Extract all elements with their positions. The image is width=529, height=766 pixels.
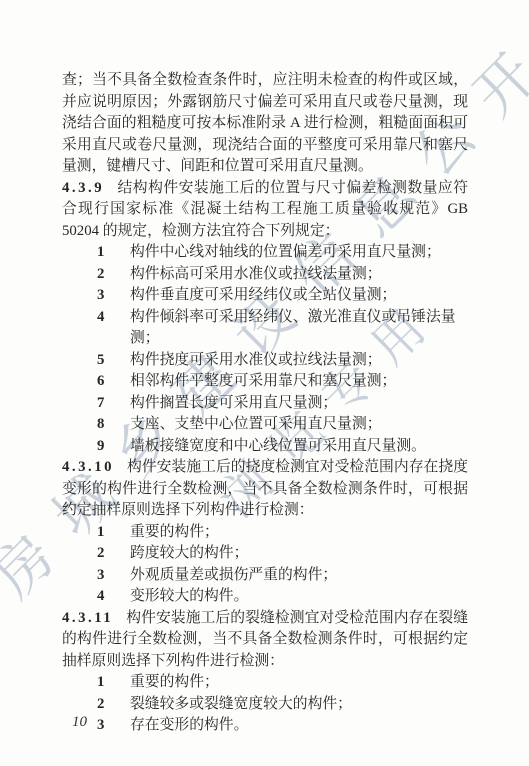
- list-item: 4变形较大的构件。: [62, 586, 468, 608]
- text-run: 重要的构件；: [130, 524, 219, 540]
- list-item: 2裂缝较多或裂缝宽度较大的构件；: [62, 694, 468, 716]
- text-run: 外观质量差或损伤严重的构件；: [130, 567, 337, 583]
- paragraph: 查；当不具备全数检查条件时，应注明未检查的构件或区域，并应说明原因；外露钢筋尺寸…: [62, 70, 468, 178]
- text-run: 跨度较大的构件；: [130, 545, 248, 561]
- document-page: 住房城乡建设信息公开 浏览专用 查；当不具备全数检查条件时，应注明未检查的构件或…: [0, 0, 529, 766]
- list-item: 1重要的构件；: [62, 522, 468, 544]
- text-run: 裂缝较多或裂缝宽度较大的构件；: [130, 696, 352, 712]
- item-number: 4: [97, 586, 104, 608]
- item-number: 9: [97, 436, 104, 458]
- list-item: 2跨度较大的构件；: [62, 543, 468, 565]
- text-run: 构件挠度可采用水准仪或拉线法量测；: [130, 352, 382, 368]
- item-number: 2: [97, 264, 104, 286]
- item-number: 5: [97, 350, 104, 372]
- list-item: 5构件挠度可采用水准仪或拉线法量测；: [62, 350, 468, 372]
- list-item: 2构件标高可采用水准仪或拉线法量测；: [62, 264, 468, 286]
- text-run: 相邻构件平整度可采用靠尺和塞尺量测；: [130, 373, 396, 389]
- item-number: 3: [97, 565, 104, 587]
- list-item: 1重要的构件；: [62, 672, 468, 694]
- item-number: 6: [97, 371, 104, 393]
- item-number: 7: [97, 393, 104, 415]
- list-item: 1构件中心线对轴线的位置偏差可采用直尺量测；: [62, 242, 468, 264]
- clause-paragraph: 4.3.11构件安装施工后的裂缝检测宜对受检范围内存在裂缝的构件进行全数检测，当…: [62, 608, 468, 673]
- list-item: 3外观质量差或损伤严重的构件；: [62, 565, 468, 587]
- text-run: 构件标高可采用水准仪或拉线法量测；: [130, 266, 382, 282]
- list-item: 6相邻构件平整度可采用靠尺和塞尺量测；: [62, 371, 468, 393]
- page-number: 10: [72, 714, 87, 731]
- list-item: 7构件搁置长度可采用直尺量测；: [62, 393, 468, 415]
- document-body: 查；当不具备全数检查条件时，应注明未检查的构件或区域，并应说明原因；外露钢筋尺寸…: [62, 70, 468, 737]
- item-number: 3: [97, 715, 104, 737]
- clause-number: 4.3.11: [62, 610, 113, 626]
- text-run: 构件搁置长度可采用直尺量测；: [130, 395, 337, 411]
- list-item: 4构件倾斜率可采用经纬仪、激光准直仪或吊锤法量测；: [62, 307, 468, 350]
- clause-number: 4.3.9: [62, 180, 104, 196]
- text-run: 构件中心线对轴线的位置偏差可采用直尺量测；: [130, 244, 441, 260]
- text-run: 支座、支垫中心位置可采用直尺量测；: [130, 416, 382, 432]
- item-number: 2: [97, 694, 104, 716]
- item-number: 1: [97, 522, 104, 544]
- text-run: 存在变形的构件。: [130, 717, 248, 733]
- text-run: 墙板接缝宽度和中心线位置可采用直尺量测。: [130, 438, 426, 454]
- clause-number: 4.3.10: [62, 459, 114, 475]
- item-number: 1: [97, 242, 104, 264]
- text-run: 构件倾斜率可采用经纬仪、激光准直仪或吊锤法量测；: [130, 309, 456, 347]
- text-run: 结构构件安装施工后的位置与尺寸偏差检测数量应符合现行国家标准《混凝土结构工程施工…: [62, 180, 468, 239]
- list-item: 9墙板接缝宽度和中心线位置可采用直尺量测。: [62, 436, 468, 458]
- list-item: 8支座、支垫中心位置可采用直尺量测；: [62, 414, 468, 436]
- list-item: 3构件垂直度可采用经纬仪或全站仪量测；: [62, 285, 468, 307]
- item-number: 2: [97, 543, 104, 565]
- text-run: 重要的构件；: [130, 674, 219, 690]
- clause-paragraph: 4.3.10构件安装施工后的挠度检测宜对受检范围内存在挠度变形的构件进行全数检测…: [62, 457, 468, 522]
- item-number: 1: [97, 672, 104, 694]
- text-run: 构件安装施工后的裂缝检测宜对受检范围内存在裂缝的构件进行全数检测，当不具备全数检…: [62, 610, 468, 669]
- text-run: 变形较大的构件。: [130, 588, 248, 604]
- item-number: 3: [97, 285, 104, 307]
- item-number: 8: [97, 414, 104, 436]
- text-run: 构件垂直度可采用经纬仪或全站仪量测；: [130, 287, 396, 303]
- text-run: 查；当不具备全数检查条件时，应注明未检查的构件或区域，并应说明原因；外露钢筋尺寸…: [62, 72, 468, 174]
- item-number: 4: [97, 307, 104, 329]
- clause-paragraph: 4.3.9结构构件安装施工后的位置与尺寸偏差检测数量应符合现行国家标准《混凝土结…: [62, 178, 468, 243]
- text-run: 构件安装施工后的挠度检测宜对受检范围内存在挠度变形的构件进行全数检测，当不具备全…: [62, 459, 468, 518]
- list-item: 3存在变形的构件。: [62, 715, 468, 737]
